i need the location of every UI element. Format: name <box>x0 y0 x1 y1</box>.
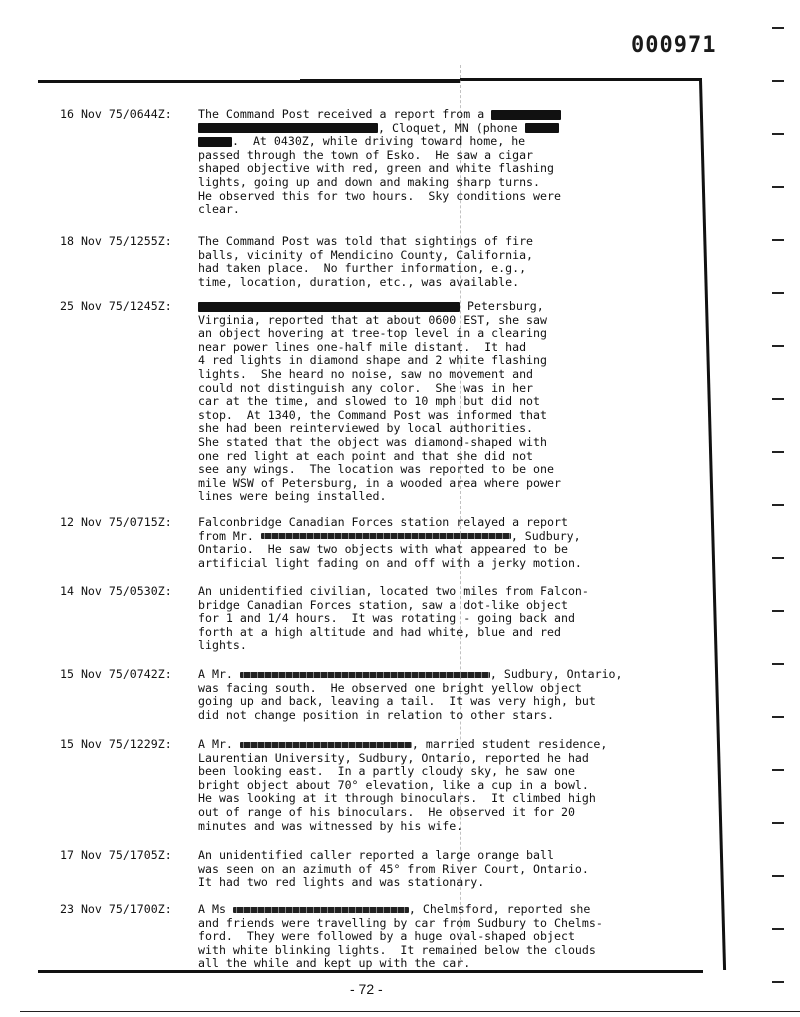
entry-text-line: mile WSW of Petersburg, in a wooded area… <box>198 477 658 491</box>
margin-tick <box>772 557 784 559</box>
entry-text-line: was facing south. He observed one bright… <box>198 682 658 696</box>
entry-text-line: ford. They were followed by a huge oval-… <box>198 930 658 944</box>
frame-top-border-segment <box>660 78 702 81</box>
margin-tick <box>772 133 784 135</box>
margin-tick <box>772 504 784 506</box>
entry-text-line: lights. <box>198 639 658 653</box>
entry-text-line: and friends were travelling by car from … <box>198 917 658 931</box>
entry-text-line: an object hovering at tree-top level in … <box>198 327 658 341</box>
entry-text-line: Petersburg, <box>198 300 658 314</box>
entry-timestamp: 25 Nov 75/1245Z: <box>60 300 195 314</box>
entry-timestamp: 14 Nov 75/0530Z: <box>60 585 195 599</box>
entry-text-line: A Mr. , Sudbury, Ontario, <box>198 668 658 682</box>
entry-text-line: one red light at each point and that she… <box>198 450 658 464</box>
entry-timestamp: 23 Nov 75/1700Z: <box>60 903 195 917</box>
redaction-bar <box>491 110 561 120</box>
redaction-bar <box>261 533 511 539</box>
entry-text-line: balls, vicinity of Mendicino County, Cal… <box>198 249 658 263</box>
redaction-bar <box>525 123 559 133</box>
margin-tick <box>772 822 784 824</box>
margin-tick <box>772 663 784 665</box>
margin-tick <box>772 716 784 718</box>
entry-timestamp: 17 Nov 75/1705Z: <box>60 849 195 863</box>
entry-text-line: He was looking at it through binoculars.… <box>198 792 658 806</box>
entry-text-line: Laurentian University, Sudbury, Ontario,… <box>198 752 658 766</box>
entry-text: The Command Post received a report from … <box>198 108 658 217</box>
margin-tick-marks <box>772 0 786 1017</box>
page-number: - 72 - <box>350 981 383 997</box>
redaction-bar <box>198 123 378 133</box>
entry-text-line: out of range of his binoculars. He obser… <box>198 806 658 820</box>
margin-tick <box>772 292 784 294</box>
entry-text-line: artificial light fading on and off with … <box>198 557 658 571</box>
frame-top-border-segment <box>300 79 460 82</box>
entry-text-line: near power lines one-half mile distant. … <box>198 341 658 355</box>
entry-text-line: lines were being installed. <box>198 490 658 504</box>
entry-text-line: He observed this for two hours. Sky cond… <box>198 190 658 204</box>
entry-text: The Command Post was told that sightings… <box>198 235 658 289</box>
entry-text-line: An unidentified civilian, located two mi… <box>198 585 658 599</box>
entry-text: A Mr. , married student residence,Lauren… <box>198 738 658 833</box>
entry-text-line: had taken place. No further information,… <box>198 262 658 276</box>
entry-text-line: Virginia, reported that at about 0600 ES… <box>198 314 658 328</box>
margin-tick <box>772 398 784 400</box>
frame-top-border-segment <box>460 78 660 81</box>
entry-text-line: with white blinking lights. It remained … <box>198 944 658 958</box>
entry-text-line: see any wings. The location was reported… <box>198 463 658 477</box>
margin-tick <box>772 928 784 930</box>
entry-timestamp: 12 Nov 75/0715Z: <box>60 516 195 530</box>
entry-text-line: clear. <box>198 203 658 217</box>
margin-tick <box>772 239 784 241</box>
margin-tick <box>772 875 784 877</box>
document-control-number: 000971 <box>631 33 716 58</box>
entry-text-line: Ontario. He saw two objects with what ap… <box>198 543 658 557</box>
margin-tick <box>772 186 784 188</box>
entry-text-line: lights. She heard no noise, saw no movem… <box>198 368 658 382</box>
page-bottom-rule <box>20 1011 800 1012</box>
entry-text-line: did not change position in relation to o… <box>198 709 658 723</box>
entry-text-line: going up and back, leaving a tail. It wa… <box>198 695 658 709</box>
redaction-bar <box>198 137 232 147</box>
entry-text-line: bridge Canadian Forces station, saw a do… <box>198 599 658 613</box>
margin-tick <box>772 981 784 983</box>
margin-tick <box>772 80 784 82</box>
entry-text: An unidentified civilian, located two mi… <box>198 585 658 653</box>
margin-tick <box>772 769 784 771</box>
margin-tick <box>772 451 784 453</box>
entry-text-line: minutes and was witnessed by his wife. <box>198 820 658 834</box>
entry-text-line: been looking east. In a partly cloudy sk… <box>198 765 658 779</box>
entry-text-line: She stated that the object was diamond-s… <box>198 436 658 450</box>
entry-text-line: , Cloquet, MN (phone <box>198 122 658 136</box>
entry-text-line: could not distinguish any color. She was… <box>198 382 658 396</box>
entry-text-line: stop. At 1340, the Command Post was info… <box>198 409 658 423</box>
entry-text: Falconbridge Canadian Forces station rel… <box>198 516 658 570</box>
entry-text: An unidentified caller reported a large … <box>198 849 658 890</box>
redaction-bar <box>240 742 412 748</box>
entry-text: A Ms , Chelmsford, reported sheand frien… <box>198 903 658 971</box>
entry-text-line: car at the time, and slowed to 10 mph bu… <box>198 395 658 409</box>
redaction-bar <box>233 907 409 913</box>
entry-text-line: It had two red lights and was stationary… <box>198 876 658 890</box>
margin-tick <box>772 610 784 612</box>
entry-text-line: A Mr. , married student residence, <box>198 738 658 752</box>
entry-text-line: from Mr. , Sudbury, <box>198 530 658 544</box>
entry-text-line: was seen on an azimuth of 45° from River… <box>198 863 658 877</box>
entry-text-line: she had been reinterviewed by local auth… <box>198 422 658 436</box>
entry-text-line: time, location, duration, etc., was avai… <box>198 276 658 290</box>
entry-text-line: An unidentified caller reported a large … <box>198 849 658 863</box>
entry-timestamp: 15 Nov 75/1229Z: <box>60 738 195 752</box>
entry-text-line: lights, going up and down and making sha… <box>198 176 658 190</box>
entry-text-line: bright object about 70° elevation, like … <box>198 779 658 793</box>
frame-right-border <box>699 80 726 970</box>
entry-text-line: for 1 and 1/4 hours. It was rotating - g… <box>198 612 658 626</box>
entry-text-line: forth at a high altitude and had white, … <box>198 626 658 640</box>
entry-text-line: shaped objective with red, green and whi… <box>198 162 658 176</box>
margin-tick <box>772 345 784 347</box>
entry-text-line: The Command Post was told that sightings… <box>198 235 658 249</box>
entry-text: Petersburg,Virginia, reported that at ab… <box>198 300 658 504</box>
entry-timestamp: 18 Nov 75/1255Z: <box>60 235 195 249</box>
entry-text-line: A Ms , Chelmsford, reported she <box>198 903 658 917</box>
entry-text-line: 4 red lights in diamond shape and 2 whit… <box>198 354 658 368</box>
entry-text-line: . At 0430Z, while driving toward home, h… <box>198 135 658 149</box>
entry-timestamp: 15 Nov 75/0742Z: <box>60 668 195 682</box>
entry-text: A Mr. , Sudbury, Ontario,was facing sout… <box>198 668 658 722</box>
entry-timestamp: 16 Nov 75/0644Z: <box>60 108 195 122</box>
entry-text-line: passed through the town of Esko. He saw … <box>198 149 658 163</box>
entry-text-line: The Command Post received a report from … <box>198 108 658 122</box>
entry-text-line: all the while and kept up with the car. <box>198 957 658 971</box>
margin-tick <box>772 27 784 29</box>
redaction-bar <box>240 672 490 678</box>
redaction-bar <box>198 302 460 312</box>
entry-text-line: Falconbridge Canadian Forces station rel… <box>198 516 658 530</box>
